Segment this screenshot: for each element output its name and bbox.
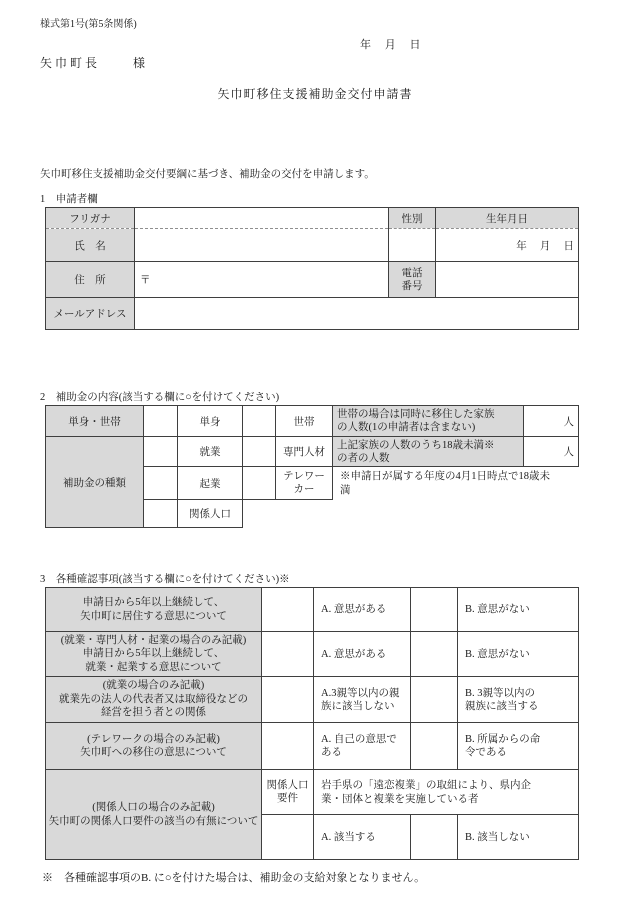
subsidy-content-table: 単身・世帯 単身 世帯 世帯の場合は同時に移住した家族 の人数(1の申請者は含ま…	[45, 405, 579, 528]
applicant-table: フリガナ 性別 生年月日 氏 名 年 月 日 住 所 〒 電話 番号 メールアド…	[45, 207, 579, 330]
telework-option-b-cell: B. 所属からの命 令である	[458, 723, 579, 770]
household-note-cell: 世帯の場合は同時に移住した家族 の人数(1の申請者は含まない)	[333, 406, 524, 437]
name-label-cell: 氏 名	[46, 229, 135, 262]
work-option-b-cell: B. 意思がない	[458, 632, 579, 677]
kinship-option-b-cell: B. 3親等以内の 親族に該当する	[458, 677, 579, 723]
postal-mark: 〒	[140, 275, 151, 286]
household-circle-cell	[243, 406, 276, 437]
work-intent-label-cell: (就業・専門人材・起業の場合のみ記載) 申請日から5年以上継続して、 就業・起業…	[46, 632, 262, 677]
telework-option-a-cell: A. 自己の意思で ある	[314, 723, 411, 770]
furigana-row: フリガナ 性別 生年月日	[46, 208, 579, 229]
minor-count-cell: 人	[524, 437, 579, 467]
residence-b-circle-cell	[411, 588, 458, 632]
related-b-circle-cell	[411, 815, 458, 860]
residence-option-a-cell: A. 意思がある	[314, 588, 411, 632]
residence-a-circle-cell	[262, 588, 314, 632]
address-label-cell: 住 所	[46, 262, 135, 298]
subsidy-type-label-cell: 補助金の種類	[46, 437, 144, 528]
employment-circle-cell	[144, 437, 178, 467]
phone-label-cell: 電話 番号	[389, 262, 436, 298]
furigana-label-cell: フリガナ	[46, 208, 135, 229]
furigana-input-cell	[135, 208, 389, 229]
phone-input-cell	[436, 262, 579, 298]
requirement-text-cell: 岩手県の「遠恋複業」の取組により、県内企 業・団体と複業を実施している者	[314, 770, 579, 815]
telework-intent-label-cell: (テレワークの場合のみ記載) 矢巾町への移住の意思について	[46, 723, 262, 770]
date-line: 年 月 日	[360, 36, 421, 52]
household-option-cell: 世帯	[276, 406, 333, 437]
related-option-a-cell: A. 該当する	[314, 815, 411, 860]
residence-intent-label-cell: 申請日から5年以上継続して、 矢巾町に居住する意思について	[46, 588, 262, 632]
startup-option-cell: 起業	[178, 467, 243, 500]
kinship-row: (就業の場合のみ記載) 就業先の法人の代表者又は取締役などの 経営を担う者との関…	[46, 677, 579, 723]
kinship-label-cell: (就業の場合のみ記載) 就業先の法人の代表者又は取締役などの 経営を担う者との関…	[46, 677, 262, 723]
section3-heading: 3 各種確認事項(該当する欄に○を付けてください)※	[40, 571, 290, 586]
kinship-a-circle-cell	[262, 677, 314, 723]
addressee-suffix: 様	[133, 56, 145, 70]
name-input-cell	[135, 229, 389, 262]
related-circle-cell	[144, 500, 178, 528]
intro-text: 矢巾町移住支援補助金交付要綱に基づき、補助金の交付を申請します。	[40, 166, 375, 181]
age-note-text: ※申請日が属する年度の4月1日時点で18歳未 満	[333, 467, 579, 500]
single-household-label-cell: 単身・世帯	[46, 406, 144, 437]
single-option-cell: 単身	[178, 406, 243, 437]
work-intent-row: (就業・専門人材・起業の場合のみ記載) 申請日から5年以上継続して、 就業・起業…	[46, 632, 579, 677]
single-circle-cell	[144, 406, 178, 437]
residence-option-b-cell: B. 意思がない	[458, 588, 579, 632]
confirmation-table: 申請日から5年以上継続して、 矢巾町に居住する意思について A. 意思がある B…	[45, 587, 579, 860]
email-label-cell: メールアドレス	[46, 298, 135, 330]
kinship-option-a-cell: A.3親等以内の親 族に該当しない	[314, 677, 411, 723]
address-input-cell: 〒	[135, 262, 389, 298]
related-option-b-cell: B. 該当しない	[458, 815, 579, 860]
work-option-a-cell: A. 意思がある	[314, 632, 411, 677]
addressee: 矢巾町長	[40, 56, 100, 70]
startup-circle-cell	[144, 467, 178, 500]
section1-heading: 1 申請者欄	[40, 191, 98, 206]
related-requirement-row: (関係人口の場合のみ記載) 矢巾町の関係人口要件の該当の有無について 関係人口 …	[46, 770, 579, 815]
form-title: 矢巾町移住支援補助金交付申請書	[0, 85, 630, 102]
address-row: 住 所 〒 電話 番号	[46, 262, 579, 298]
birthdate-header-cell: 生年月日	[436, 208, 579, 229]
email-input-cell	[135, 298, 579, 330]
kinship-b-circle-cell	[411, 677, 458, 723]
telework-b-circle-cell	[411, 723, 458, 770]
sex-header-cell: 性別	[389, 208, 436, 229]
related-a-circle-cell	[262, 815, 314, 860]
work-a-circle-cell	[262, 632, 314, 677]
professional-option-cell: 専門人材	[276, 437, 333, 467]
name-row: 氏 名 年 月 日	[46, 229, 579, 262]
empty-area	[243, 500, 579, 528]
telework-intent-row: (テレワークの場合のみ記載) 矢巾町への移住の意思について A. 自己の意思で …	[46, 723, 579, 770]
application-form-document: 様式第1号(第5条関係) 年 月 日 矢巾町長様 矢巾町移住支援補助金交付申請書…	[0, 0, 630, 903]
related-requirement-label-cell: (関係人口の場合のみ記載) 矢巾町の関係人口要件の該当の有無について	[46, 770, 262, 860]
form-number: 様式第1号(第5条関係)	[40, 15, 137, 30]
birthdate-format-cell: 年 月 日	[436, 229, 579, 262]
minor-note-cell: 上記家族の人数のうち18歳未満※ の者の人数	[333, 437, 524, 467]
addressee-line: 矢巾町長様	[40, 54, 145, 71]
employment-option-cell: 就業	[178, 437, 243, 467]
household-count-cell: 人	[524, 406, 579, 437]
footnote: ※ 各種確認事項のB. に○を付けた場合は、補助金の支給対象となりません。	[42, 869, 425, 885]
section2-heading: 2 補助金の内容(該当する欄に○を付けてください)	[40, 389, 279, 404]
work-b-circle-cell	[411, 632, 458, 677]
professional-circle-cell	[243, 437, 276, 467]
telework-circle-cell	[243, 467, 276, 500]
email-row: メールアドレス	[46, 298, 579, 330]
residence-intent-row: 申請日から5年以上継続して、 矢巾町に居住する意思について A. 意思がある B…	[46, 588, 579, 632]
employment-row: 補助金の種類 就業 専門人材 上記家族の人数のうち18歳未満※ の者の人数 人	[46, 437, 579, 467]
telework-a-circle-cell	[262, 723, 314, 770]
telework-option-cell: テレワー カー	[276, 467, 333, 500]
requirement-header-cell: 関係人口 要件	[262, 770, 314, 815]
single-household-row: 単身・世帯 単身 世帯 世帯の場合は同時に移住した家族 の人数(1の申請者は含ま…	[46, 406, 579, 437]
related-option-cell: 関係人口	[178, 500, 243, 528]
sex-input-cell	[389, 229, 436, 262]
